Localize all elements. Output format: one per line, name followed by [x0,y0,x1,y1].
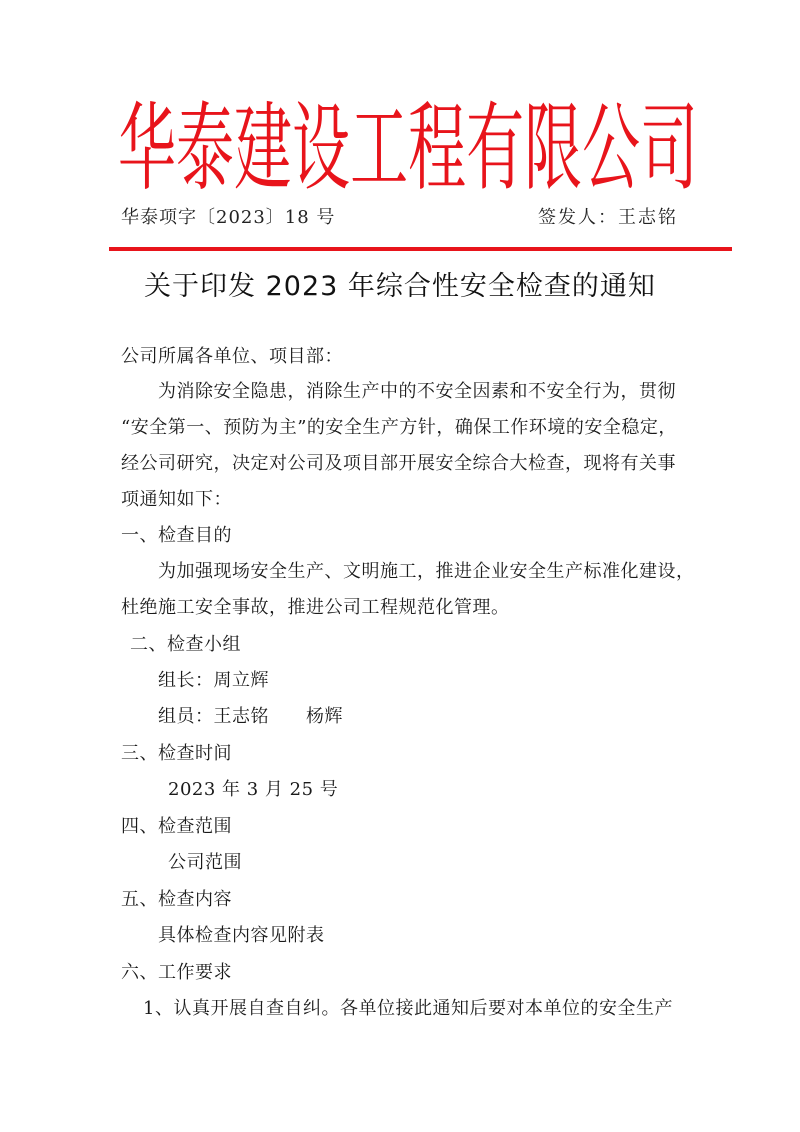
document-title: 关于印发 2023 年综合性安全检查的通知 [0,264,800,303]
masthead-char: 公 [582,100,640,196]
section-line: 具体检查内容见附表 [158,921,325,947]
intro-line: “安全第一、预防为主”的安全生产方针，确保工作环境的安全稳定， [121,413,677,439]
salutation: 公司所属各单位、项目部： [121,342,343,368]
section-line: 1、认真开展自查自纠。各单位接此通知后要对本单位的安全生产 [143,994,673,1020]
section-line: 2023 年 3 月 25 号 [168,775,338,801]
masthead-char: 限 [524,100,582,196]
section-heading: 二、检查小组 [130,630,241,656]
section-line: 公司范围 [168,848,242,874]
section-line: 组员：王志铭 杨辉 [158,702,343,728]
document-page: 华 泰 建 设 工 程 有 限 公 司 华泰项字〔2023〕18 号 签发人：王… [0,0,800,1132]
masthead-char: 工 [350,100,408,196]
section-heading: 三、检查时间 [121,739,232,765]
masthead-char: 建 [234,100,292,196]
signer: 签发人：王志铭 [538,203,678,229]
intro-line: 经公司研究，决定对公司及项目部开展安全综合大检查，现将有关事 [121,449,676,475]
masthead-char: 华 [118,100,176,196]
masthead-char: 有 [466,100,524,196]
section-line: 为加强现场安全生产、文明施工，推进企业安全生产标准化建设， [158,557,695,583]
section-heading: 一、检查目的 [121,521,232,547]
section-heading: 六、工作要求 [121,958,232,984]
header-divider [109,247,732,251]
intro-line: 为消除安全隐患，消除生产中的不安全因素和不安全行为，贯彻 [158,377,676,403]
section-heading: 四、检查范围 [121,812,232,838]
company-masthead: 华 泰 建 设 工 程 有 限 公 司 [118,96,684,200]
masthead-char: 程 [408,100,466,196]
masthead-char: 司 [640,100,698,196]
section-line: 杜绝施工安全事故，推进公司工程规范化管理。 [121,593,510,619]
masthead-char: 泰 [176,100,234,196]
section-line: 组长：周立辉 [158,666,269,692]
section-heading: 五、检查内容 [121,885,232,911]
masthead-char: 设 [292,100,350,196]
document-number: 华泰项字〔2023〕18 号 [121,203,335,229]
intro-line: 项通知如下： [121,485,232,511]
